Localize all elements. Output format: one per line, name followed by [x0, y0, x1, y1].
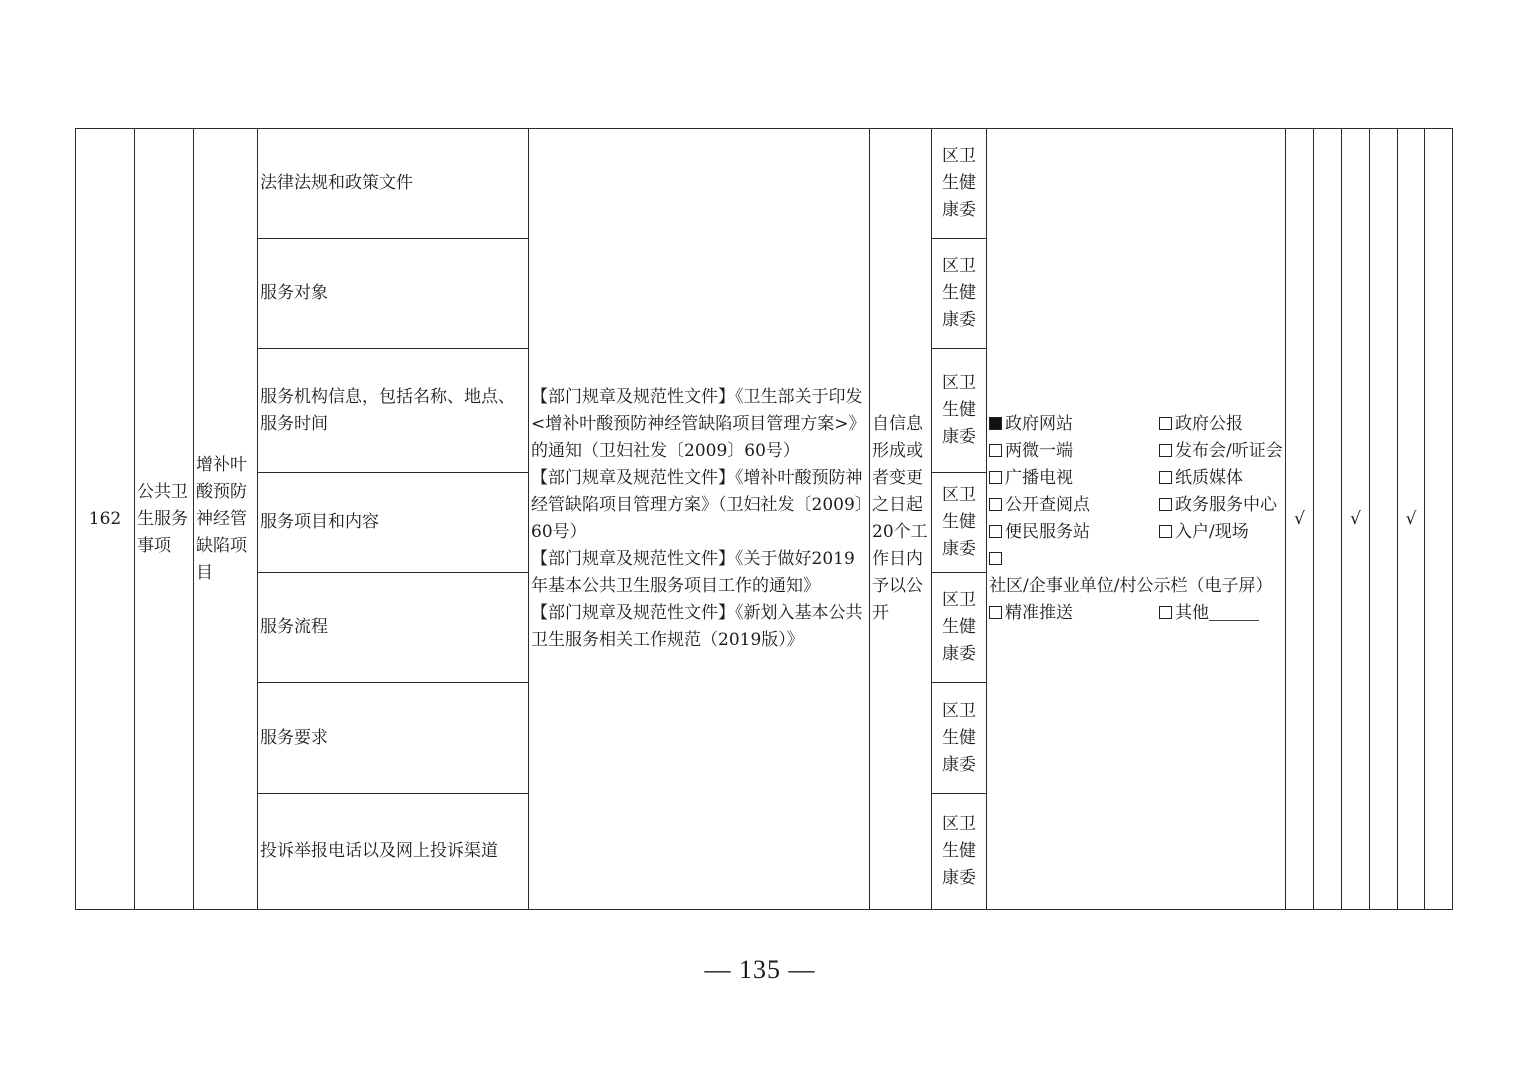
basis-entry: 【部门规章及规范性文件】《增补叶酸预防神经管缺陷项目管理方案》（卫妇社发〔200…: [531, 465, 867, 546]
checkbox-icon[interactable]: [989, 552, 1002, 565]
checkbox-icon[interactable]: [989, 471, 1002, 484]
department-cell: 区卫生健康委: [932, 239, 987, 349]
department-cell: 区卫生健康委: [932, 349, 987, 473]
content-item: 服务要求: [258, 683, 529, 794]
page-number: — 135 —: [0, 955, 1520, 985]
checkbox-icon[interactable]: [1159, 525, 1172, 538]
time-limit-cell: 自信息形成或者变更之日起20个工作日内予以公开: [870, 129, 932, 910]
content-item: 服务机构信息，包括名称、地点、服务时间: [258, 349, 529, 473]
channel-option[interactable]: 便民服务站: [989, 519, 1159, 546]
flag-cell: [1314, 129, 1342, 910]
basis-entry: 【部门规章及规范性文件】《关于做好2019年基本公共卫生服务项目工作的通知》: [531, 546, 867, 600]
channel-label: 精准推送: [1005, 603, 1073, 623]
basis-cell: 【部门规章及规范性文件】《卫生部关于印发<增补叶酸预防神经管缺陷项目管理方案>》…: [529, 129, 870, 910]
channel-option[interactable]: 公开查阅点: [989, 492, 1159, 519]
channel-option[interactable]: 其他: [1159, 600, 1285, 627]
flag-cell: [1425, 129, 1453, 910]
checkbox-icon[interactable]: [1159, 417, 1172, 430]
channel-label: 政务服务中心: [1175, 495, 1277, 515]
subcategory-cell: 增补叶酸预防神经管缺陷项目: [194, 129, 258, 910]
channel-label: 纸质媒体: [1175, 468, 1243, 488]
content-item: 服务流程: [258, 573, 529, 683]
checkbox-icon[interactable]: [1159, 498, 1172, 511]
document-page: 162 公共卫生服务事项 增补叶酸预防神经管缺陷项目 法律法规和政策文件 【部门…: [0, 0, 1520, 1074]
checkbox-icon[interactable]: [989, 498, 1002, 511]
checkbox-icon[interactable]: [1159, 606, 1172, 619]
channel-label: 广播电视: [1005, 468, 1073, 488]
department-cell: 区卫生健康委: [932, 683, 987, 794]
channels-cell: 政府网站 政府公报 两微一端 发布会/听证会 广播电视 纸质媒体 公开查阅点 政…: [987, 129, 1286, 910]
flag-cell: √: [1286, 129, 1314, 910]
content-item: 投诉举报电话以及网上投诉渠道: [258, 794, 529, 910]
disclosure-table: 162 公共卫生服务事项 增补叶酸预防神经管缺陷项目 法律法规和政策文件 【部门…: [75, 128, 1453, 910]
category-cell: 公共卫生服务事项: [135, 129, 194, 910]
channel-label: 入户/现场: [1175, 522, 1249, 542]
channel-option[interactable]: 纸质媒体: [1159, 465, 1285, 492]
channel-label: 发布会/听证会: [1175, 441, 1283, 461]
checkbox-icon[interactable]: [1159, 471, 1172, 484]
channel-option[interactable]: 社区/企事业单位/村公示栏（电子屏）: [989, 546, 1285, 600]
channel-label: 社区/企事业单位/村公示栏（电子屏）: [989, 576, 1272, 596]
flag-cell: √: [1398, 129, 1425, 910]
channel-option[interactable]: 两微一端: [989, 438, 1159, 465]
channel-option[interactable]: 政府网站: [989, 411, 1159, 438]
checkbox-checked-icon[interactable]: [989, 417, 1002, 430]
channel-label: 政府公报: [1175, 414, 1243, 434]
department-cell: 区卫生健康委: [932, 473, 987, 573]
channel-label: 其他: [1175, 603, 1209, 623]
channel-label: 公开查阅点: [1005, 495, 1090, 515]
row-number: 162: [76, 129, 135, 910]
content-item: 服务对象: [258, 239, 529, 349]
channel-option[interactable]: 精准推送: [989, 600, 1159, 627]
channel-option[interactable]: 入户/现场: [1159, 519, 1285, 546]
channel-option[interactable]: 发布会/听证会: [1159, 438, 1285, 465]
checkbox-icon[interactable]: [989, 606, 1002, 619]
checkbox-icon[interactable]: [989, 525, 1002, 538]
checkbox-icon[interactable]: [1159, 444, 1172, 457]
content-item: 法律法规和政策文件: [258, 129, 529, 239]
fill-in-blank[interactable]: [1209, 604, 1259, 621]
channel-option[interactable]: 政务服务中心: [1159, 492, 1285, 519]
content-item: 服务项目和内容: [258, 473, 529, 573]
channel-option[interactable]: 广播电视: [989, 465, 1159, 492]
department-cell: 区卫生健康委: [932, 573, 987, 683]
channel-label: 便民服务站: [1005, 522, 1090, 542]
channel-label: 两微一端: [1005, 441, 1073, 461]
basis-entry: 【部门规章及规范性文件】《新划入基本公共卫生服务相关工作规范（2019版）》: [531, 600, 867, 654]
department-cell: 区卫生健康委: [932, 129, 987, 239]
department-cell: 区卫生健康委: [932, 794, 987, 910]
channel-label: 政府网站: [1005, 414, 1073, 434]
checkbox-icon[interactable]: [989, 444, 1002, 457]
flag-cell: √: [1342, 129, 1370, 910]
table-row: 162 公共卫生服务事项 增补叶酸预防神经管缺陷项目 法律法规和政策文件 【部门…: [76, 129, 1453, 239]
basis-entry: 【部门规章及规范性文件】《卫生部关于印发<增补叶酸预防神经管缺陷项目管理方案>》…: [531, 384, 867, 465]
flag-cell: [1370, 129, 1398, 910]
channel-option[interactable]: 政府公报: [1159, 411, 1285, 438]
channel-list: 政府网站 政府公报 两微一端 发布会/听证会 广播电视 纸质媒体 公开查阅点 政…: [989, 411, 1283, 627]
